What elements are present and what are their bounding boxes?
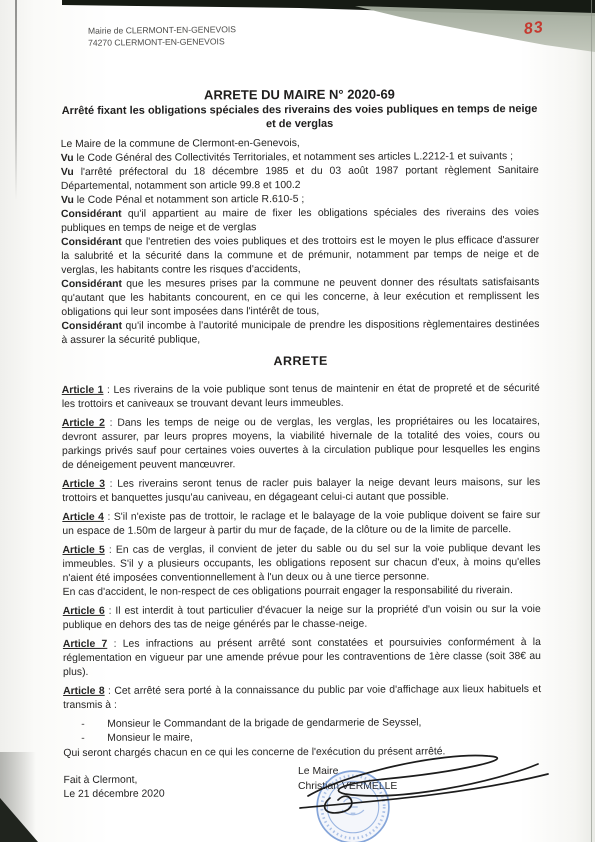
preamble-lead: Considérant — [61, 321, 122, 332]
article-8-label: Article 8 — [63, 686, 105, 697]
article-5-label: Article 5 — [62, 545, 104, 556]
article-2-label: Article 2 — [62, 418, 105, 429]
signature-scrawl-icon — [290, 748, 555, 820]
preamble-lead: Considérant — [61, 209, 122, 220]
scanned-page: 83 Mairie de CLERMONT-EN-GENEVOIS 74270 … — [0, 0, 595, 842]
article-1-text: : Les riverains de la voie publique sont… — [62, 383, 540, 410]
preamble-text: qu'il incombe à l'autorité municipale de… — [62, 319, 540, 346]
document-title: ARRETE DU MAIRE N° 2020-69 — [60, 87, 538, 103]
preamble-paragraph: Considérant qu'il appartient au maire de… — [61, 206, 539, 236]
list-item: -Monsieur le maire, — [81, 730, 541, 746]
letterhead-line2: 74270 CLERMONT-EN-GENEVOIS — [88, 35, 236, 49]
article-2-text: : Dans les temps de neige ou de verglas,… — [62, 416, 540, 471]
preamble-lead: Vu — [61, 153, 74, 164]
preamble-paragraph: Vu l'arrêté préfectoral du 18 décembre 1… — [61, 164, 539, 194]
scan-edge-right — [591, 0, 593, 842]
letterhead: Mairie de CLERMONT-EN-GENEVOIS 74270 CLE… — [88, 23, 236, 49]
preamble-text: l'arrêté préfectoral du 18 décembre 1985… — [61, 165, 539, 192]
preamble-lead: Considérant — [61, 237, 122, 248]
preamble-paragraph: Considérant qu'il incombe à l'autorité m… — [61, 318, 539, 348]
recipient-list: -Monsieur le Commandant de la brigade de… — [81, 716, 541, 746]
article-8-text: : Cet arrêté sera porté à la connaissanc… — [63, 684, 541, 711]
list-dash: - — [81, 732, 107, 746]
preamble-text: le Code Pénal et notamment son article R… — [74, 194, 304, 206]
article-7-text: : Les infractions au présent arrêté sont… — [63, 637, 541, 678]
article-5: Article 5 : En cas de verglas, il convie… — [62, 542, 540, 600]
article-6: Article 6 : Il est interdit à tout parti… — [63, 603, 541, 633]
recipient-text: Monsieur le maire, — [107, 731, 193, 745]
preamble-text: que l'entretien des voies publiques et d… — [61, 235, 539, 276]
article-5-extra-line: En cas d'accident, le non-respect de ces… — [63, 584, 541, 600]
list-dash: - — [81, 718, 107, 732]
article-7-label: Article 7 — [63, 639, 107, 650]
preamble-lead: Considérant — [61, 279, 122, 290]
preamble-text: qu'il appartient au maire de fixer les o… — [61, 207, 539, 234]
article-4: Article 4 : S'il n'existe pas de trottoi… — [62, 509, 540, 539]
recipient-text: Monsieur le Commandant de la brigade de … — [107, 716, 421, 731]
article-4-text: : S'il n'existe pas de trottoir, le racl… — [62, 510, 540, 537]
article-3: Article 3 : Les riverains seront tenus d… — [62, 476, 540, 506]
preamble-lead: Vu — [61, 195, 74, 206]
article-5-text: : En cas de verglas, il convient de jete… — [62, 543, 540, 584]
article-1: Article 1 : Les riverains de la voie pub… — [62, 382, 540, 412]
preamble-lead: Vu — [61, 167, 74, 178]
article-7: Article 7 : Les infractions au présent a… — [63, 636, 541, 680]
page-crease-left — [15, 0, 17, 200]
article-2: Article 2 : Dans les temps de neige ou d… — [62, 415, 540, 473]
preamble-paragraph: Considérant que l'entretien des voies pu… — [61, 234, 539, 278]
preamble: Le Maire de la commune de Clermont-en-Ge… — [61, 136, 540, 348]
article-1-label: Article 1 — [62, 385, 104, 396]
document-body: ARRETE DU MAIRE N° 2020-69 Arrêté fixant… — [60, 87, 541, 802]
preamble-text: le Code Général des Collectivités Territ… — [74, 151, 513, 164]
handwritten-page-number: 83 — [523, 19, 545, 39]
article-8: Article 8 : Cet arrêté sera porté à la c… — [63, 683, 541, 713]
article-6-text: : Il est interdit à tout particulier d'é… — [63, 604, 541, 631]
article-3-label: Article 3 — [62, 479, 105, 490]
article-6-label: Article 6 — [63, 606, 105, 617]
section-heading-arrete: ARRETE — [62, 353, 540, 369]
article-4-label: Article 4 — [62, 512, 104, 523]
articles: Article 1 : Les riverains de la voie pub… — [62, 382, 541, 713]
article-3-text: : Les riverains seront tenus de racler p… — [62, 477, 540, 504]
preamble-text: que les mesures prises par la commune ne… — [61, 277, 539, 318]
document-subtitle: Arrêté fixant les obligations spéciales … — [61, 103, 539, 132]
preamble-text: Le Maire de la commune de Clermont-en-Ge… — [61, 138, 300, 150]
preamble-paragraph: Considérant que les mesures prises par l… — [61, 276, 539, 320]
